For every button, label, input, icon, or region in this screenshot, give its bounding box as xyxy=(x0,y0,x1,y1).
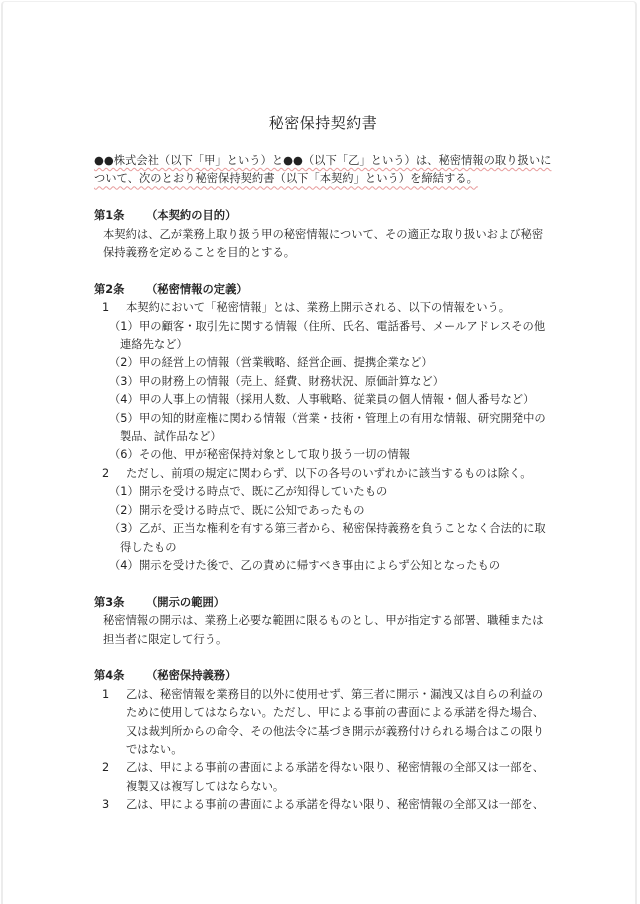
article-body: 本契約は、乙が業務上取り扱う甲の秘密情報について、その適正な取り扱いおよび秘密保… xyxy=(94,226,554,263)
item-number: （3） xyxy=(109,520,139,538)
list-item: （3）乙が、正当な権利を有する第三者から、秘密保持義務を負うことなく合法的に取 xyxy=(94,520,554,538)
paragraph-text: 乙は、秘密情報を業務目的以外に使用せず、第三者に開示・漏洩又は自らの利益のために… xyxy=(126,686,554,760)
intro-paragraph: ●●株式会社（以下「甲」という）と●●（以下「乙」という）は、秘密情報の取り扱い… xyxy=(94,152,554,189)
list-item: （3）甲の財務上の情報（売上、経費、財務状況、原価計算など） xyxy=(94,373,554,391)
item-text: 甲の顧客・取引先に関する情報（住所、氏名、電話番号、メールアドレスその他 xyxy=(139,318,545,336)
item-number: （3） xyxy=(109,373,139,391)
item-number: （1） xyxy=(109,483,139,501)
article-body: 秘密情報の開示は、業務上必要な範囲に限るものとし、甲が指定する部署、職種または担… xyxy=(94,612,554,649)
paragraph-number: 2 xyxy=(102,465,126,483)
item-text: 開示を受けた後で、乙の責めに帰すべき事由によらず公知となったもの xyxy=(139,557,500,575)
paragraph-text: 本契約において「秘密情報」とは、業務上開示される、以下の情報をいう。 xyxy=(126,299,510,317)
item-text: 乙が、正当な権利を有する第三者から、秘密保持義務を負うことなく合法的に取 xyxy=(139,520,546,538)
document-body: ●●株式会社（以下「甲」という）と●●（以下「乙」という）は、秘密情報の取り扱い… xyxy=(94,152,554,815)
paragraph-number: 3 xyxy=(102,796,126,814)
item-continuation: 製品、試作品など） xyxy=(94,428,554,446)
article-heading: 第2条（秘密情報の定義） xyxy=(94,281,554,299)
paragraph-text: ただし、前項の規定に関わらず、以下の各号のいずれかに該当するものは除く。 xyxy=(126,465,532,483)
article-number: 第4条 xyxy=(94,667,146,685)
list-item: （1）甲の顧客・取引先に関する情報（住所、氏名、電話番号、メールアドレスその他 xyxy=(94,318,554,336)
article-number: 第3条 xyxy=(94,594,146,612)
article-title: （秘密保持義務） xyxy=(146,669,236,682)
list-item: （4）開示を受けた後で、乙の責めに帰すべき事由によらず公知となったもの xyxy=(94,557,554,575)
article-number: 第1条 xyxy=(94,207,146,225)
paragraph: 3 乙は、甲による事前の書面による承諾を得ない限り、秘密情報の全部又は一部を、 xyxy=(94,796,554,814)
article-title: （秘密情報の定義） xyxy=(146,283,248,296)
item-text: その他、甲が秘密保持対象として取り扱う一切の情報 xyxy=(139,446,410,464)
item-text: 開示を受ける時点で、既に乙が知得していたもの xyxy=(139,483,387,501)
article-4: 第4条（秘密保持義務） 1 乙は、秘密情報を業務目的以外に使用せず、第三者に開示… xyxy=(94,667,554,814)
article-3: 第3条（開示の範囲） 秘密情報の開示は、業務上必要な範囲に限るものとし、甲が指定… xyxy=(94,594,554,649)
list-item: （6）その他、甲が秘密保持対象として取り扱う一切の情報 xyxy=(94,446,554,464)
article-2: 第2条（秘密情報の定義） 1 本契約において「秘密情報」とは、業務上開示される、… xyxy=(94,281,554,576)
item-text: 甲の知的財産権に関わる情報（営業・技術・管理上の有用な情報、研究開発中の xyxy=(139,410,546,428)
item-number: （2） xyxy=(109,502,139,520)
paragraph-number: 2 xyxy=(102,759,126,796)
paragraph: 1 乙は、秘密情報を業務目的以外に使用せず、第三者に開示・漏洩又は自らの利益のた… xyxy=(94,686,554,760)
paragraph-number: 1 xyxy=(102,686,126,760)
list-item: （5）甲の知的財産権に関わる情報（営業・技術・管理上の有用な情報、研究開発中の xyxy=(94,410,554,428)
article-1: 第1条（本契約の目的） 本契約は、乙が業務上取り扱う甲の秘密情報について、その適… xyxy=(94,207,554,262)
list-item: （1）開示を受ける時点で、既に乙が知得していたもの xyxy=(94,483,554,501)
item-text: 甲の人事上の情報（採用人数、人事戦略、従業員の個人情報・個人番号など） xyxy=(139,391,534,409)
article-title: （開示の範囲） xyxy=(146,596,225,609)
article-title: （本契約の目的） xyxy=(146,209,236,222)
list-item: （2）開示を受ける時点で、既に公知であったもの xyxy=(94,502,554,520)
paragraph-text: 乙は、甲による事前の書面による承諾を得ない限り、秘密情報の全部又は一部を、複製又… xyxy=(126,759,554,796)
item-text: 開示を受ける時点で、既に公知であったもの xyxy=(139,502,365,520)
document-title: 秘密保持契約書 xyxy=(3,112,640,133)
paragraph-text: 乙は、甲による事前の書面による承諾を得ない限り、秘密情報の全部又は一部を、 xyxy=(126,796,544,814)
item-number: （4） xyxy=(109,557,139,575)
item-number: （1） xyxy=(109,318,139,336)
list-item: （4）甲の人事上の情報（採用人数、人事戦略、従業員の個人情報・個人番号など） xyxy=(94,391,554,409)
item-number: （2） xyxy=(109,354,139,372)
article-heading: 第4条（秘密保持義務） xyxy=(94,667,554,685)
paragraph: 2 乙は、甲による事前の書面による承諾を得ない限り、秘密情報の全部又は一部を、複… xyxy=(94,759,554,796)
item-text: 甲の経営上の情報（営業戦略、経営企画、提携企業など） xyxy=(139,354,433,372)
article-heading: 第1条（本契約の目的） xyxy=(94,207,554,225)
paragraph-number: 1 xyxy=(102,299,126,317)
item-text: 甲の財務上の情報（売上、経費、財務状況、原価計算など） xyxy=(139,373,444,391)
article-number: 第2条 xyxy=(94,281,146,299)
paragraph: 1 本契約において「秘密情報」とは、業務上開示される、以下の情報をいう。 xyxy=(94,299,554,317)
paragraph: 2 ただし、前項の規定に関わらず、以下の各号のいずれかに該当するものは除く。 xyxy=(94,465,554,483)
item-number: （4） xyxy=(109,391,139,409)
list-item: （2）甲の経営上の情報（営業戦略、経営企画、提携企業など） xyxy=(94,354,554,372)
item-number: （6） xyxy=(109,446,139,464)
article-heading: 第3条（開示の範囲） xyxy=(94,594,554,612)
item-number: （5） xyxy=(109,410,139,428)
item-continuation: 連絡先など） xyxy=(94,336,554,354)
document-page: 秘密保持契約書 ●●株式会社（以下「甲」という）と●●（以下「乙」という）は、秘… xyxy=(1,1,637,904)
item-continuation: 得したもの xyxy=(94,539,554,557)
